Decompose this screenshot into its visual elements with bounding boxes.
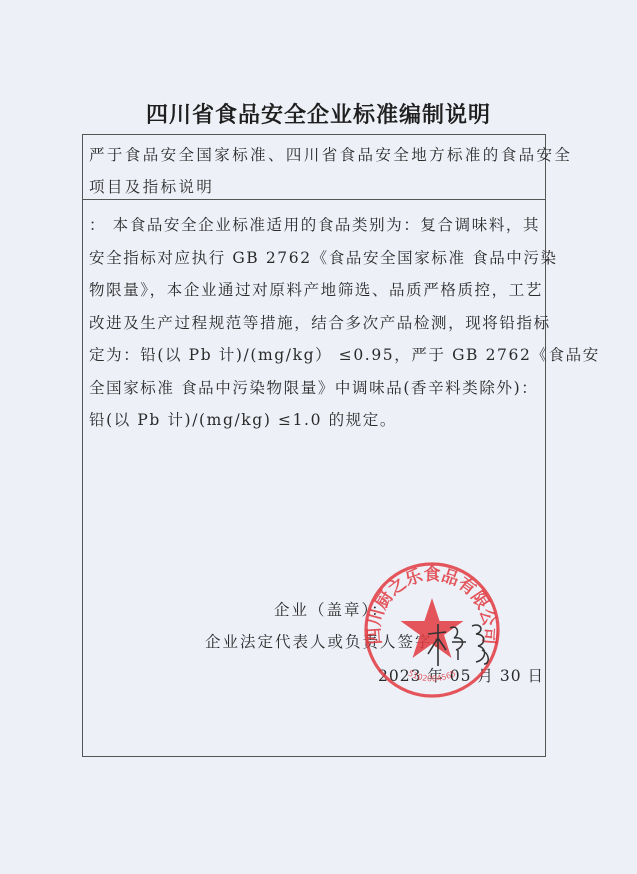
body-line: 全国家标准 食品中污染物限量》中调味品(香辛料类除外)： [89, 372, 541, 405]
section-body: ： 本食品安全企业标准适用的食品类别为：复合调味料，其 安全指标对应执行 GB … [89, 209, 541, 437]
body-line: ： 本食品安全企业标准适用的食品类别为：复合调味料，其 [89, 209, 541, 242]
section-header: 严于食品安全国家标准、四川省食品安全地方标准的食品安全 项目及指标说明 [83, 135, 545, 200]
body-line: 物限量》，本企业通过对原料产地筛选、品质严格质控，工艺 [89, 274, 541, 307]
section-header-line: 项目及指标说明 [89, 171, 539, 203]
body-line: 安全指标对应执行 GB 2762《食品安全国家标准 食品中污染 [89, 242, 541, 275]
body-line: 铅(以 Pb 计)/(mg/kg) ≤1.0 的规定。 [89, 404, 541, 437]
body-line: 定为：铅(以 Pb 计)/(mg/kg） ≤0.95，严于 GB 2762《食品… [89, 339, 541, 372]
body-line: 改进及生产过程规范等措施，结合多次产品检测，现将铅指标 [89, 307, 541, 340]
page-title: 四川省食品安全企业标准编制说明 [0, 98, 637, 129]
section-header-line: 严于食品安全国家标准、四川省食品安全地方标准的食品安全 [89, 139, 539, 171]
document-frame: 严于食品安全国家标准、四川省食品安全地方标准的食品安全 项目及指标说明 ： 本食… [82, 134, 546, 757]
